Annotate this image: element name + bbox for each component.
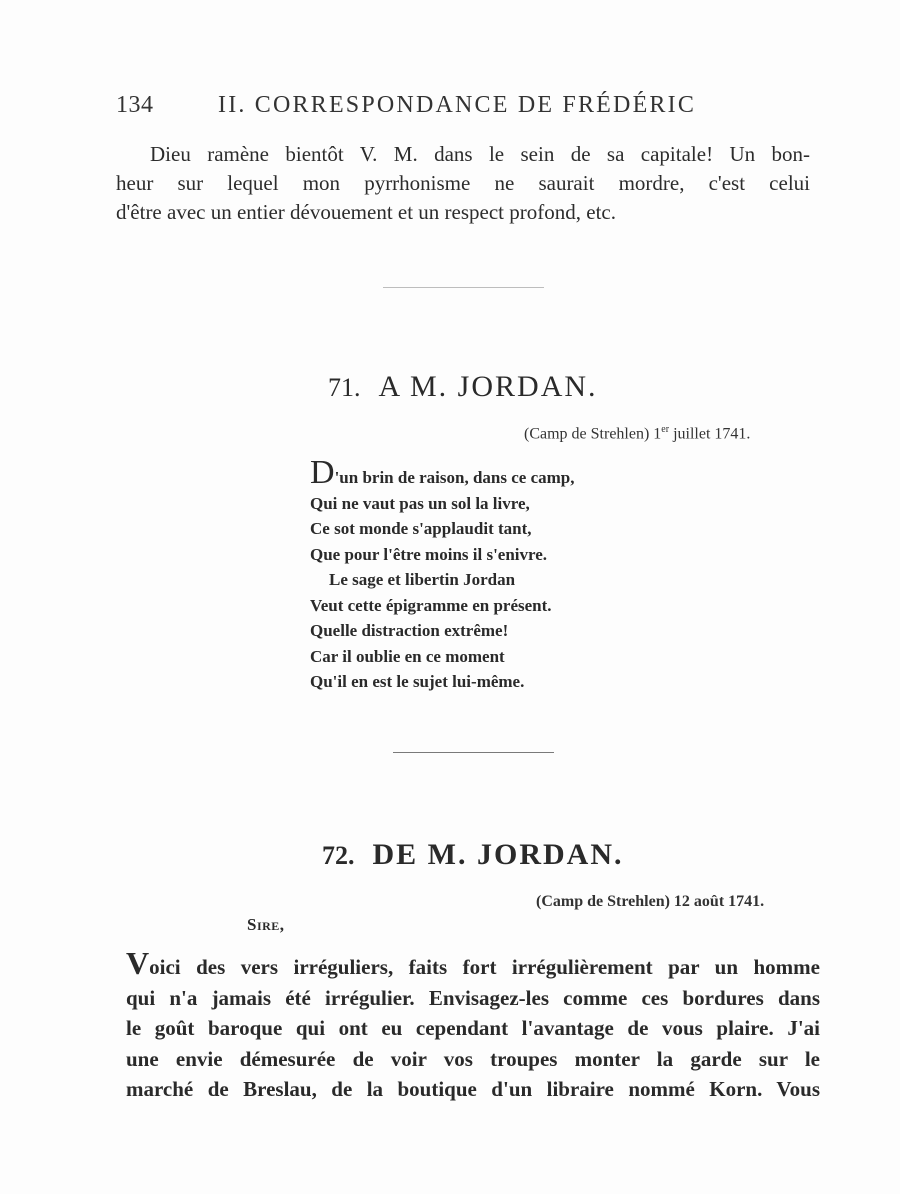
poem-line: D'un brin de raison, dans ce camp,	[310, 463, 575, 491]
section-divider	[383, 287, 544, 288]
paragraph-line: le goût baroque qui ont eu cependant l'a…	[126, 1013, 820, 1044]
paragraph-line: une envie démesurée de voir vos troupes …	[126, 1044, 820, 1075]
salutation: Sire,	[247, 915, 285, 935]
paragraph-line: heur sur lequel mon pyrrhonisme ne saura…	[116, 169, 810, 198]
drop-cap: D	[310, 454, 335, 491]
running-head-title: II. CORRESPONDANCE DE FRÉDÉRIC	[218, 92, 696, 119]
letter-72-heading: 72.DE M. JORDAN.	[322, 838, 624, 872]
poem-line: Le sage et libertin Jordan	[310, 567, 575, 593]
paragraph-line: Voici des vers irréguliers, faits fort i…	[126, 948, 820, 983]
letter-71-poem: D'un brin de raison, dans ce camp, Qui n…	[310, 463, 575, 695]
letter-72-dateline: (Camp de Strehlen) 12 août 1741.	[536, 893, 764, 911]
poem-line: Qu'il en est le sujet lui-même.	[310, 669, 575, 695]
page-number: 134	[116, 92, 154, 119]
poem-line: Quelle distraction extrême!	[310, 618, 575, 644]
letter-number: 72.	[322, 841, 355, 870]
poem-line: Veut cette épigramme en présent.	[310, 593, 575, 619]
poem-line: Ce sot monde s'applaudit tant,	[310, 516, 575, 542]
poem-line: Qui ne vaut pas un sol la livre,	[310, 491, 575, 517]
paragraph-line: d'être avec un entier dévouement et un r…	[116, 198, 810, 227]
paragraph-line: Dieu ramène bientôt V. M. dans le sein d…	[116, 140, 810, 169]
letter-71-heading: 71.A M. JORDAN.	[328, 370, 598, 404]
letter-title: DE M. JORDAN.	[373, 838, 624, 871]
letter-title: A M. JORDAN.	[379, 370, 598, 403]
letter-71-dateline: (Camp de Strehlen) 1er juillet 1741.	[524, 424, 750, 443]
section-divider	[393, 752, 554, 753]
paragraph-line: marché de Breslau, de la boutique d'un l…	[126, 1074, 820, 1105]
poem-line: Car il oublie en ce moment	[310, 644, 575, 670]
poem-line: Que pour l'être moins il s'enivre.	[310, 542, 575, 568]
drop-cap: V	[126, 945, 149, 981]
dateline-place: (Camp de Strehlen)	[524, 425, 649, 442]
letter-number: 71.	[328, 373, 361, 402]
closing-paragraph: Dieu ramène bientôt V. M. dans le sein d…	[116, 140, 810, 227]
paragraph-line: qui n'a jamais été irrégulier. Envisagez…	[126, 983, 820, 1014]
dateline-day-suffix: er	[661, 424, 669, 435]
letter-72-body: Voici des vers irréguliers, faits fort i…	[126, 948, 820, 1105]
dateline-date: juillet 1741.	[673, 425, 750, 442]
